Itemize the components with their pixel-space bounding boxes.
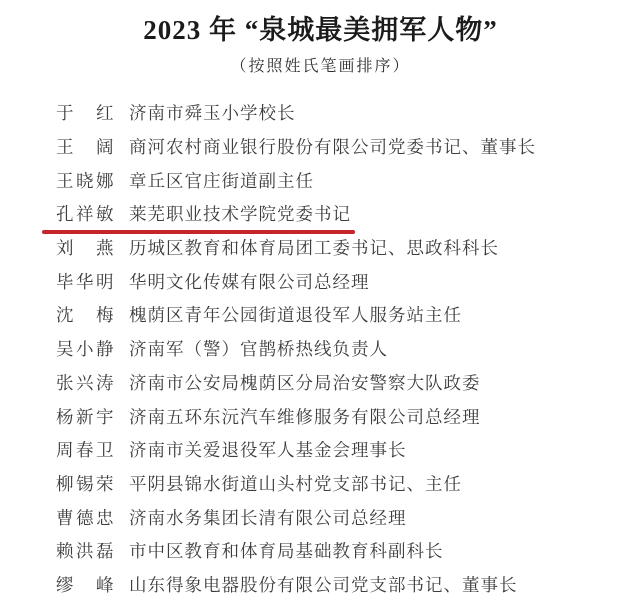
list-item: 沈 梅 槐荫区青年公园街道退役军人服务站主任 <box>56 298 616 332</box>
honoree-role: 商河农村商业银行股份有限公司党委书记、董事长 <box>129 134 536 159</box>
honoree-name: 周春卫 <box>56 437 120 462</box>
list-item: 王 阔 商河农村商业银行股份有限公司党委书记、董事长 <box>56 130 616 164</box>
honoree-name: 曹德忠 <box>56 505 120 530</box>
page-title: 2023 年 “泉城最美拥军人物” <box>0 0 641 47</box>
honoree-role: 市中区教育和体育局基础教育科副科长 <box>129 538 444 563</box>
honoree-name: 王 阔 <box>56 134 120 159</box>
honoree-name: 孔祥敏 <box>56 201 120 226</box>
honoree-role: 莱芜职业技术学院党委书记 <box>129 201 351 226</box>
honoree-name: 王晓娜 <box>56 168 120 193</box>
honoree-role: 华明文化传媒有限公司总经理 <box>129 269 370 294</box>
honoree-role: 济南市舜玉小学校长 <box>129 100 296 125</box>
list-item: 毕华明 华明文化传媒有限公司总经理 <box>56 264 616 298</box>
list-item: 王晓娜 章丘区官庄街道副主任 <box>56 163 616 197</box>
honoree-role: 平阴县锦水街道山头村党支部书记、主任 <box>129 471 462 496</box>
honoree-name: 杨新宇 <box>56 404 120 429</box>
list-item: 赖洪磊 市中区教育和体育局基础教育科副科长 <box>56 534 616 568</box>
list-item: 张兴涛 济南市公安局槐荫区分局治安警察大队政委 <box>56 366 616 400</box>
honoree-role: 济南水务集团长清有限公司总经理 <box>129 505 407 530</box>
honoree-name: 沈 梅 <box>56 302 120 327</box>
document-page: 2023 年 “泉城最美拥军人物” （按照姓氏笔画排序） 于 红 济南市舜玉小学… <box>0 0 641 601</box>
list-item: 刘 燕 历城区教育和体育局团工委书记、思政科科长 <box>56 231 616 265</box>
honoree-name: 毕华明 <box>56 269 120 294</box>
honoree-name: 吴小静 <box>56 336 120 361</box>
honoree-role: 济南市关爱退役军人基金会理事长 <box>129 437 407 462</box>
honoree-name: 缪 峰 <box>56 572 120 597</box>
honoree-name: 赖洪磊 <box>56 538 120 563</box>
honoree-name: 张兴涛 <box>56 370 120 395</box>
honoree-role: 槐荫区青年公园街道退役军人服务站主任 <box>129 302 462 327</box>
honoree-list: 于 红 济南市舜玉小学校长 王 阔 商河农村商业银行股份有限公司党委书记、董事长… <box>56 96 616 601</box>
page-subtitle: （按照姓氏笔画排序） <box>0 47 641 78</box>
honoree-role: 历城区教育和体育局团工委书记、思政科科长 <box>129 235 499 260</box>
list-item: 于 红 济南市舜玉小学校长 <box>56 96 616 130</box>
honoree-name: 柳锡荣 <box>56 471 120 496</box>
list-item: 柳锡荣 平阴县锦水街道山头村党支部书记、主任 <box>56 467 616 501</box>
list-item: 周春卫 济南市关爱退役军人基金会理事长 <box>56 433 616 467</box>
honoree-role: 章丘区官庄街道副主任 <box>129 168 314 193</box>
list-item: 缪 峰 山东得象电器股份有限公司党支部书记、董事长 <box>56 568 616 601</box>
list-item: 曹德忠 济南水务集团长清有限公司总经理 <box>56 500 616 534</box>
honoree-name: 于 红 <box>56 100 120 125</box>
honoree-role: 济南五环东沅汽车维修服务有限公司总经理 <box>129 404 481 429</box>
list-item: 杨新宇 济南五环东沅汽车维修服务有限公司总经理 <box>56 399 616 433</box>
honoree-role: 济南市公安局槐荫区分局治安警察大队政委 <box>129 370 481 395</box>
list-item: 孔祥敏 莱芜职业技术学院党委书记 <box>56 197 616 231</box>
honoree-role: 山东得象电器股份有限公司党支部书记、董事长 <box>129 572 518 597</box>
list-item: 吴小静 济南军（警）官鹊桥热线负责人 <box>56 332 616 366</box>
honoree-role: 济南军（警）官鹊桥热线负责人 <box>129 336 388 361</box>
honoree-name: 刘 燕 <box>56 235 120 260</box>
